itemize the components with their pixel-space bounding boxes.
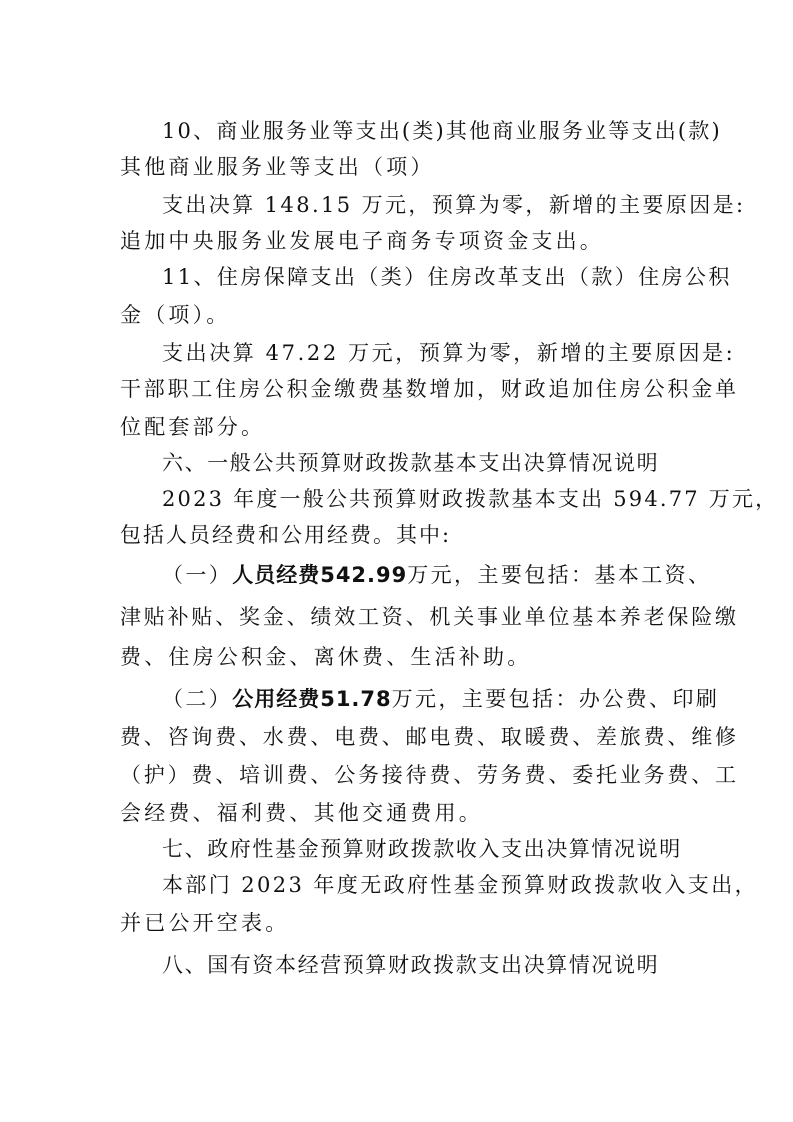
public-expense-line3: （护）费、培训费、公务接待费、劳务费、委托业务费、工 (120, 760, 739, 790)
personnel-expense-line3: 费、住房公积金、离休费、生活补助。 (120, 642, 531, 672)
item11-body-line1: 支出决算 47.22 万元，预算为零，新增的主要原因是: (162, 338, 735, 368)
item10-body-line2: 追加中央服务业发展电子商务专项资金支出。 (120, 226, 604, 256)
item11-title-line2: 金（项）。 (120, 300, 231, 330)
personnel-expense-line2: 津贴补贴、奖金、绩效工资、机关事业单位基本养老保险缴 (120, 602, 739, 632)
section7-body-line2: 并已公开空表。 (120, 908, 289, 938)
section6-heading: 六、一般公共预算财政拨款基本支出决算情况说明 (162, 448, 659, 478)
section7-body-line1: 本部门 2023 年度无政府性基金预算财政拨款收入支出， (162, 870, 758, 900)
personnel-amount: 542.99 (320, 563, 407, 587)
public-expense-line1: （二）公用经费51.78万元，主要包括：办公费、印刷 (162, 684, 719, 714)
personnel-prefix: （一） (162, 563, 232, 587)
item10-title-line2: 其他商业服务业等支出（项） (120, 152, 435, 182)
item11-body-line2: 干部职工住房公积金缴费基数增加，财政追加住房公积金单 (120, 374, 739, 404)
item11-body-line3: 位配套部分。 (120, 412, 265, 442)
item10-title-line1: 10、商业服务业等支出(类)其他商业服务业等支出(款) (162, 116, 722, 146)
section6-intro-line2: 包括人员经费和公用经费。其中: (120, 520, 451, 550)
item10-body-line1: 支出决算 148.15 万元，预算为零，新增的主要原因是: (162, 190, 746, 220)
public-prefix: （二） (162, 687, 232, 711)
section7-heading: 七、政府性基金预算财政拨款收入支出决算情况说明 (162, 834, 682, 864)
public-suffix: 万元，主要包括：办公费、印刷 (392, 687, 720, 711)
item11-title-line1: 11、住房保障支出（类）住房改革支出（款）住房公积 (162, 262, 732, 292)
section8-heading: 八、国有资本经营预算财政拨款支出决算情况说明 (162, 950, 659, 980)
personnel-label: 人员经费 (232, 563, 320, 587)
section6-intro-line1: 2023 年度一般公共预算财政拨款基本支出 594.77 万元， (162, 484, 778, 514)
public-label: 公用经费 (232, 687, 320, 711)
public-amount: 51.78 (320, 687, 391, 711)
personnel-expense-line1: （一）人员经费542.99万元，主要包括：基本工资、 (162, 560, 711, 590)
public-expense-line4: 会经费、福利费、其他交通费用。 (120, 798, 483, 828)
public-expense-line2: 费、咨询费、水费、电费、邮电费、取暖费、差旅费、维修 (120, 722, 739, 752)
personnel-suffix: 万元，主要包括：基本工资、 (407, 563, 711, 587)
